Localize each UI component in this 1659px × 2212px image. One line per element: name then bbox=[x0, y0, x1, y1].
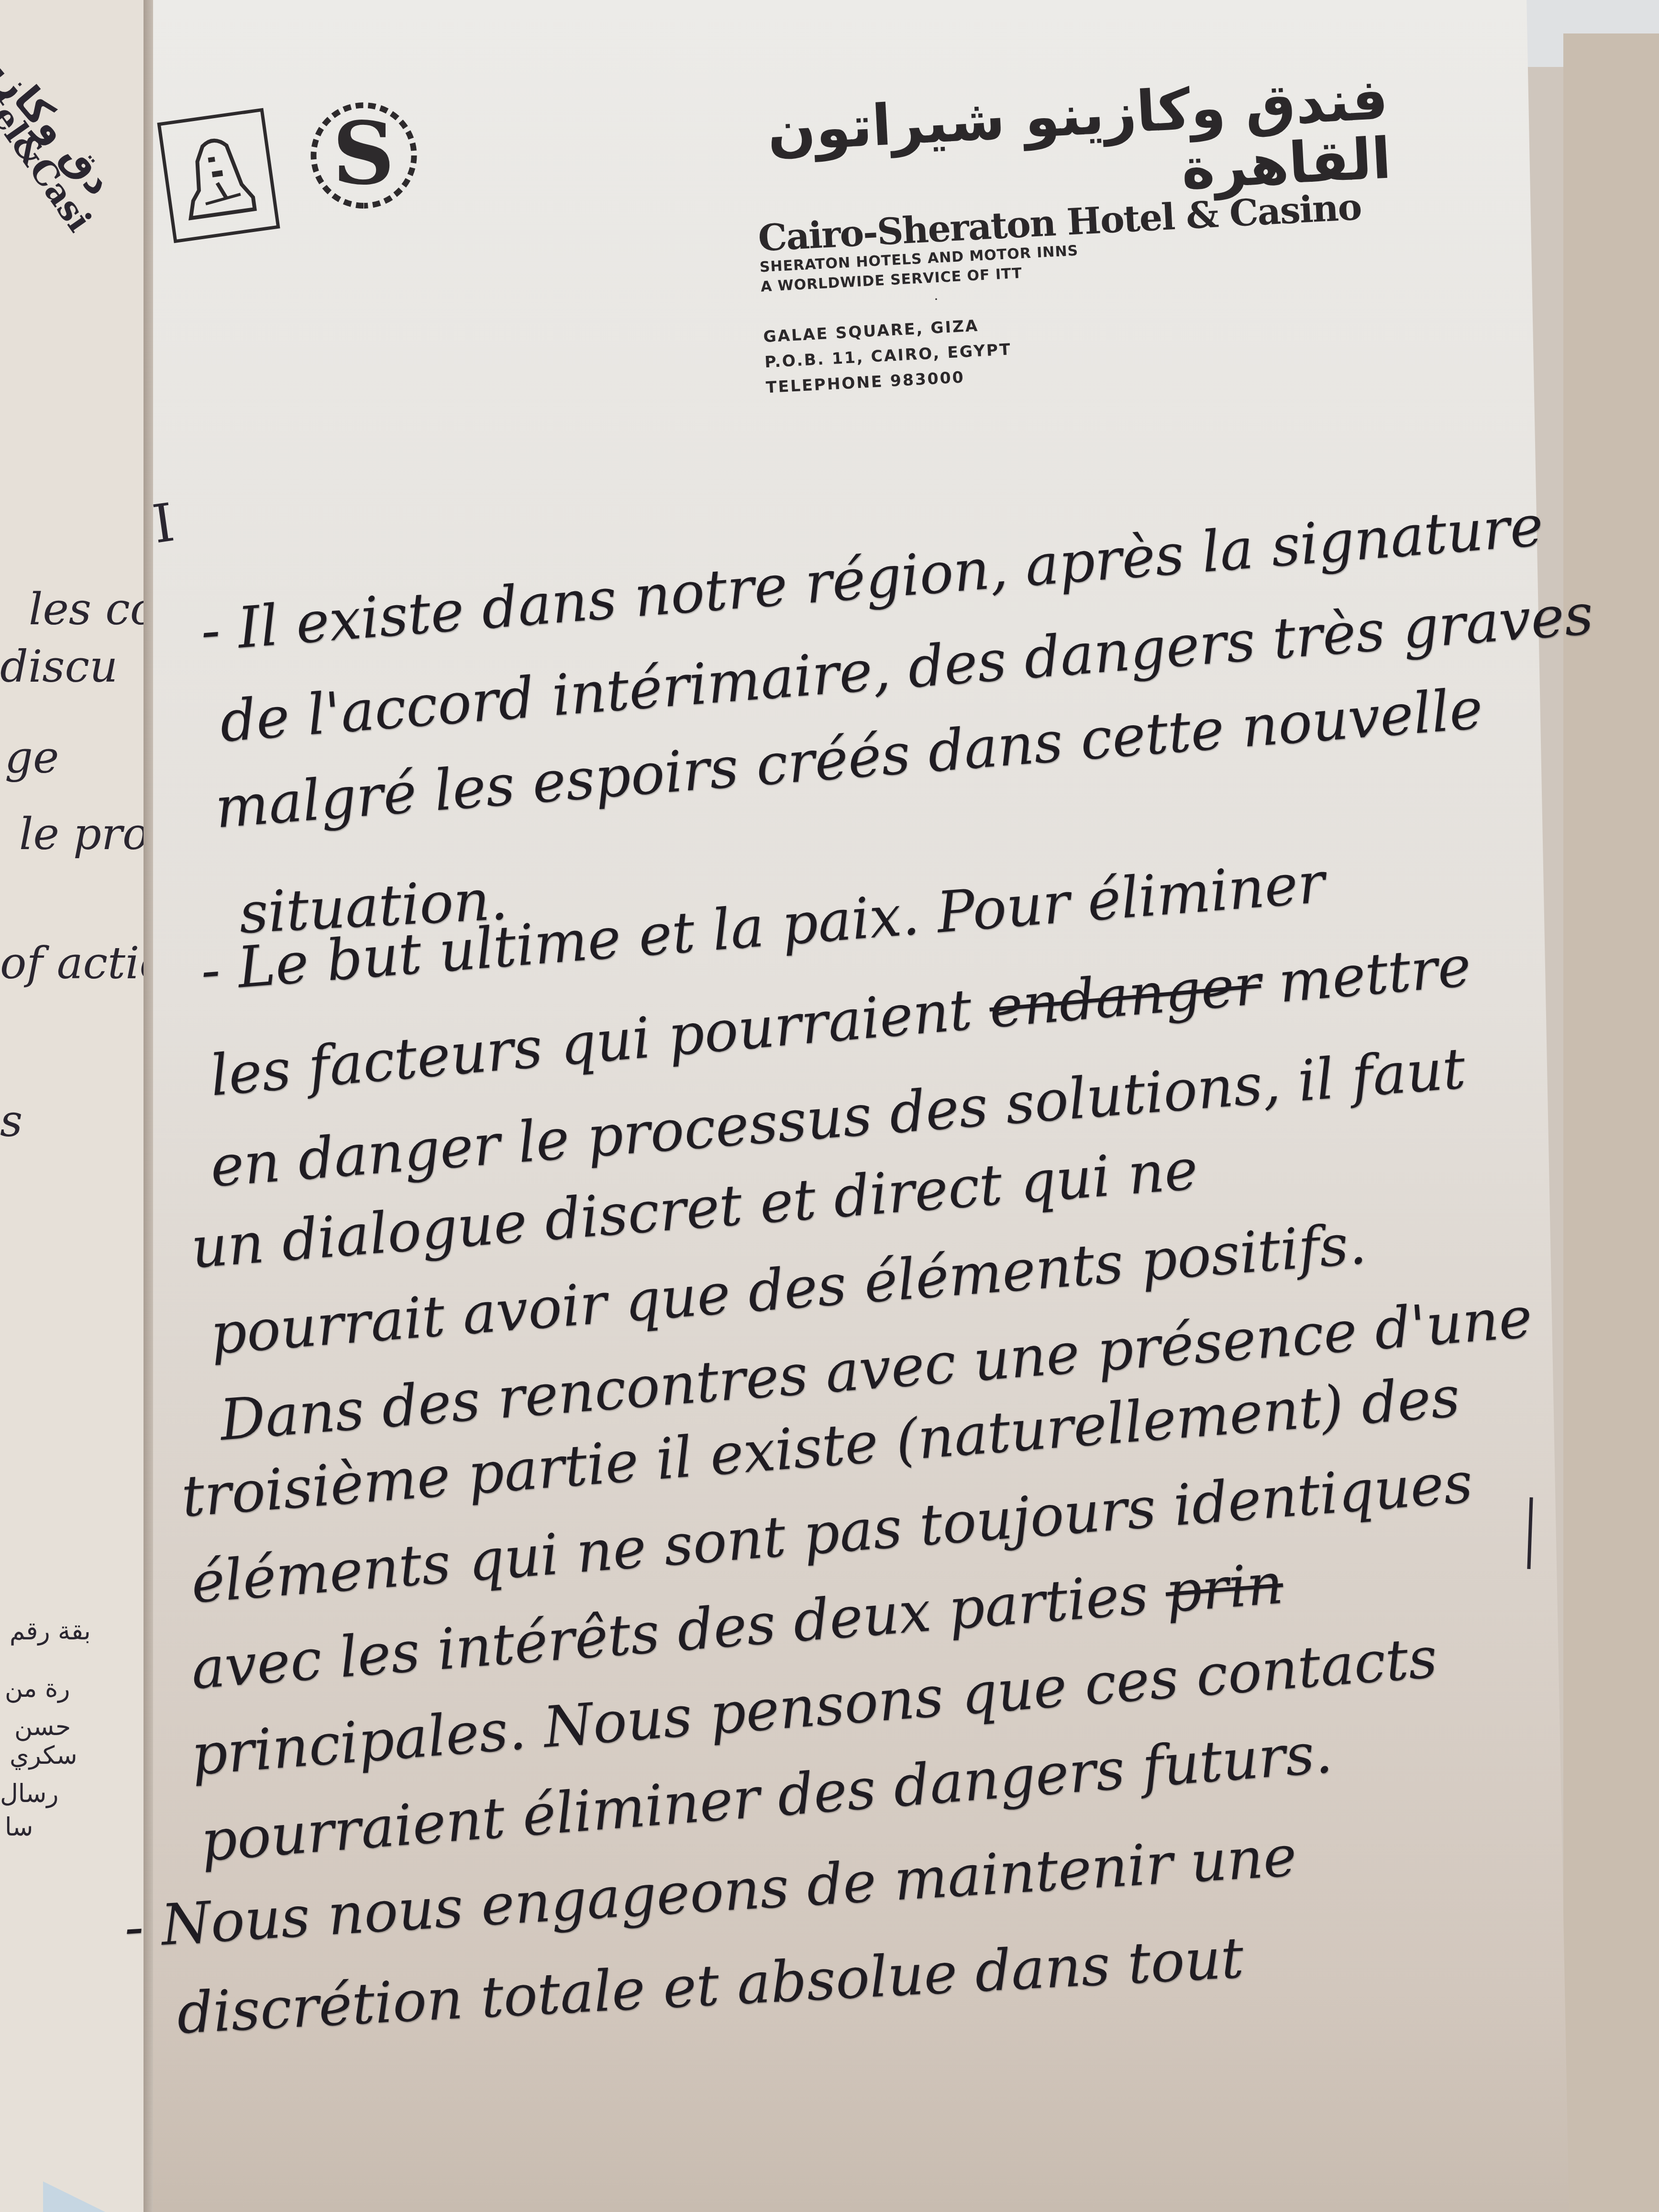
left-page-text-fragment: of actio bbox=[0, 938, 151, 989]
left-page-arabic-fragment: رة من bbox=[5, 1674, 70, 1703]
background-next-sheet bbox=[1563, 33, 1659, 2212]
left-page-text-fragment: ge bbox=[5, 732, 59, 783]
sheraton-s-letter: S bbox=[332, 103, 395, 204]
sphinx-logo bbox=[157, 108, 280, 243]
left-page-text-fragment: s bbox=[0, 1095, 22, 1147]
letterhead: فندق وكازينو شيراتون القاهرة Cairo-Shera… bbox=[751, 69, 1416, 400]
sphinx-icon bbox=[172, 125, 265, 226]
left-page-arabic-fragment: بقة رقم bbox=[10, 1617, 91, 1646]
left-page-arabic-fragment: سكري bbox=[10, 1741, 77, 1770]
left-page-text-fragment: les co bbox=[29, 584, 151, 635]
left-page-arabic-fragment: رسال bbox=[0, 1780, 58, 1808]
left-facing-page: دق وكازينو otel&Casi les co discu ge le … bbox=[0, 0, 151, 2212]
sheraton-logo: S bbox=[299, 93, 428, 213]
left-page-arabic-fragment: حسن bbox=[14, 1713, 71, 1741]
left-page-text-fragment: discu bbox=[0, 641, 118, 692]
left-page-text-fragment: le pro bbox=[19, 808, 149, 860]
left-page-arabic-fragment: سا bbox=[5, 1813, 33, 1842]
struck-out-word: prin bbox=[1163, 1550, 1285, 1626]
